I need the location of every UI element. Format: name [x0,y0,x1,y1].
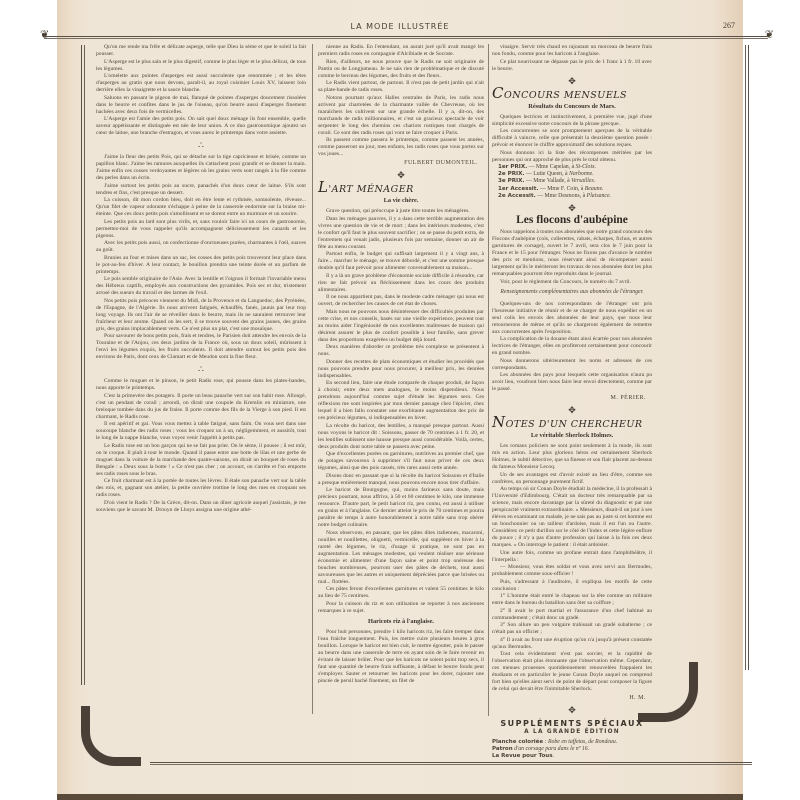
paragraph: Ces pâtes feront d'excellentes garniture… [318,586,484,600]
paragraph: Le haricot de Bourgogne, qui, moins fari… [318,487,484,529]
recipe-text: Pour huit personnes, prendre 1 kilo hari… [318,629,484,685]
radish-article: Comme le muguet et le pinson, le petit R… [96,378,306,514]
article-subheading: Le véritable Sherlock Holmes. [492,432,652,439]
header-rule [44,36,768,39]
paragraph: Puis, s'adressant à l'auditoire, il expl… [492,579,652,593]
paragraph: Mais nous ne pouvons nous désintéresser … [318,309,484,344]
column-2: nienne au Radis. En l'entendant, on aura… [318,44,484,685]
section-title-text: OTES D'UN CHERCHEUR [506,419,643,430]
supplements-title: SUPPLÉMENTS SPÉCIAUX [492,720,652,727]
paragraph: Une autre fois, comme un profane entrait… [492,550,652,564]
paragraph: Pour savourer de bons petits pois, frais… [96,333,306,361]
ornament-icon: ✥ [492,707,652,714]
paragraph: La complication de la douane étant ainsi… [492,336,652,357]
paragraph: Rien, d'ailleurs, ne nous prouve que le … [318,59,484,80]
paragraph: — Monsieur, vous êtes soldat et vous ave… [492,564,652,578]
recipe-subheading: Haricots riz à l'anglaise. [318,618,484,625]
section-title-art-menager: L'ART MÉNAGER [318,184,484,193]
drop-cap: C [492,84,504,102]
column-3: vinaigre. Servir très chaud en rajoutant… [492,44,652,760]
section-title-notes: NOTES D'UN CHERCHEUR [492,419,652,428]
paragraph: Le pois semble originaire de l'Asie. Ave… [96,276,306,297]
paragraph: Nous donnerons ultérieurement les noms e… [492,358,652,372]
flocons-article: Nous rappelons à toutes nos abonnées que… [492,229,652,286]
paragraph: Il ne nous appartient pas, dans le modes… [318,294,484,308]
paragraph: L'Asperge est le plus sain et le plus di… [96,59,306,73]
paragraph: Pour huit personnes, prendre 1 kilo hari… [318,629,484,685]
paragraph: Le Radis vient partout, de partout. Il n… [318,80,484,94]
paragraph: Pour la cuisson du riz et son utilisatio… [318,601,484,615]
ornament-icon: ∴ [96,366,306,373]
paragraph: J'aime surtout les petits pois au sucre,… [96,183,306,197]
paragraph: Il y a là un grave problème d'économie s… [318,273,484,294]
prize-entry: 3e PRIX. — Mme Vallade, à Versailles. [498,178,652,185]
paragraph: Dans les ménages pauvres, il y a dans ce… [318,216,484,251]
paragraph: Qu'on me rende ma frêle et délicate aspe… [96,44,306,58]
vie-chere-article: Grave question, qui préoccupe à juste ti… [318,208,484,615]
ornament-icon: ✥ [492,205,652,212]
paragraph: Le Radis rose est un bon garçon qui ne s… [96,443,306,478]
paragraph: nienne au Radis. En l'entendant, on aura… [318,44,484,58]
paragraph: Voir, pour le règlement du Concours, le … [492,279,652,286]
section-title-concours: CONCOURS MENSUELS [492,90,652,99]
ornament-icon: ✥ [318,172,484,179]
article-subheading: Résultats du Concours de Mars. [492,103,652,110]
flocons-heading: Les flocons d'aubépine [492,217,652,224]
supplement-item: Planche coloriée : Robe en taffetas, de … [492,739,652,746]
paragraph: Donner des recettes de plats économiques… [318,359,484,380]
author-signature: H. M. [492,695,646,702]
paragraph: Les petits pois au lard sont plus virils… [96,219,306,240]
paragraph: Grave question, qui préoccupe à juste ti… [318,208,484,215]
paragraph: Ce fruit charmant est à la portée de tou… [96,478,306,499]
paragraph: Ils passent comme passera le printemps, … [318,137,484,158]
paragraph: Les romans policiers ne sont point seule… [492,443,652,471]
paragraph: D'où vient le Radis ? De la Grèce, dit-o… [96,500,306,514]
author-signature: FULBERT DUMONTEIL. [318,160,478,167]
paragraph: Nous observons, en passant, que les pâte… [318,530,484,586]
supplement-item: La Revue pour Tous. [492,753,652,760]
author-signature: M. PÉRIER. [492,395,646,402]
paragraph: Nous rappelons à toutes nos abonnées que… [492,229,652,278]
supplement-item: Patron d'un corsage paru dans le nº 16. [492,746,652,753]
paragraph: 1° L'homme était entré le chapeau sur la… [492,593,652,607]
paragraph: Un de ses avantages est d'avoir existé a… [492,472,652,486]
flourish-right-icon: ❦ [765,28,774,41]
frame-border-left [81,45,85,685]
section-title-text: ONCOURS MENSUELS [504,90,627,101]
paragraph: vinaigre. Servir très chaud en rajoutant… [492,44,652,58]
ornament-icon: ✥ [492,407,652,414]
paragraph: Que d'excellentes purées ou garnitures, … [318,451,484,472]
paragraph: J'aime la fleur des petits Pois, qui se … [96,154,306,182]
sherlock-article: Les romans policiers ne sont point seule… [492,443,652,693]
paragraph: Ce plat nourrissant ne dépasse pas le pr… [492,59,652,73]
paragraph: La récolte du haricot, des lentilles, a … [318,423,484,451]
peas-article: J'aime la fleur des petits Pois, qui se … [96,154,306,361]
paragraph: Avec les petits pois aussi, on confectio… [96,240,306,254]
asparagus-article: Qu'on me rende ma frêle et délicate aspe… [96,44,306,137]
flourish-left-icon: ❦ [40,28,49,41]
prize-entry: 2e PRIX. — Lutie Queen, à Narbonne. [498,171,652,178]
paragraph: Au temps où sir Conan Doyle étudiait la … [492,486,652,549]
page-number: 267 [723,21,735,30]
paragraph: Quelques-uns de nos correspondants de l'… [492,301,652,336]
paragraph: 3° Son allure un peu vulgaire trahissait… [492,622,652,636]
paragraph: En second lieu, faire une étude comparée… [318,380,484,422]
paragraph: Les concurrentes se sont promptement ape… [492,128,652,149]
paragraph: Saluons en passant le pigeon de mai, fla… [96,95,306,116]
paragraph: L'Asperge est l'amie des petits pois. On… [96,116,306,137]
paragraph: Comme le muguet et le pinson, le petit R… [96,378,306,392]
prize-entry: 2e Accessit. — Mme Desmons, à Plaisance. [498,193,652,200]
column-divider [312,44,313,714]
paragraph: 2° Il avait le port martial et l'assuran… [492,608,652,622]
italic-note: Renseignements complémentaires aux abonn… [492,289,652,296]
paragraph: La cuisson, dit mon cordon bleu, doit en… [96,197,306,218]
concours-article: Quelques lectrices et instinctivement, à… [492,114,652,164]
article-subheading: La vie chère. [318,197,484,204]
supplements-list: Planche coloriée : Robe en taffetas, de … [492,739,652,760]
recipe-text-continued: vinaigre. Servir très chaud en rajoutant… [492,44,652,73]
paragraph: Deux manières d'aborder ce problème très… [318,344,484,358]
paragraph: Nous donnons ici la liste des récompense… [492,150,652,164]
publication-title: LA MODE ILLUSTRÉE [0,22,800,31]
column-divider [488,44,489,716]
paragraph: Partout enfin, le budget qui suffisait l… [318,251,484,272]
ornament-icon: ∴ [96,142,306,149]
prize-entry: 1er PRIX. — Mme Capelan, à St-Cloix. [498,164,652,171]
paragraph: Notons pourtant qu'aux Halles centrales … [318,95,484,137]
paragraph: Nos petits pois précoces viennent du Mid… [96,298,306,333]
flocons-article-continued: Quelques-uns de nos correspondants de l'… [492,301,652,394]
frame-border-right [745,45,749,670]
prize-list: 1er PRIX. — Mme Capelan, à St-Cloix.2e P… [492,164,652,200]
paragraph: 4° Il avait au front une éruption qu'on … [492,637,652,651]
prize-entry: 1er Accessit. — Mme F. Coin, à Beaune. [498,186,652,193]
paragraph: Disons donc en passant que si la récolte… [318,473,484,487]
column-1: Qu'on me rende ma frêle et délicate aspe… [96,44,306,514]
drop-cap: L [318,178,328,196]
frame-border-bottom [150,762,752,765]
ornament-icon: ✥ [492,78,652,85]
paragraph: Tout cela évidemment n'est pas sorcier, … [492,651,652,693]
paragraph: L'omelette aux pointes d'asperges est au… [96,73,306,94]
supplements-subtitle: A LA GRANDE ÉDITION [492,729,652,736]
section-title-text: 'ART MÉNAGER [328,184,413,195]
paragraph: Quelques lectrices et instinctivement, à… [492,114,652,128]
paragraph: Les abonnées des pays pour lesquels cett… [492,372,652,393]
radish-article-continued: nienne au Radis. En l'entendant, on aura… [318,44,484,158]
paragraph: C'est la primevère des potagers. Il port… [96,393,306,421]
paragraph: Brunies au four et mises dans un sac, le… [96,255,306,276]
drop-cap: N [492,413,506,431]
paragraph: Il est apéritif et gai. Vous vous mettez… [96,421,306,442]
